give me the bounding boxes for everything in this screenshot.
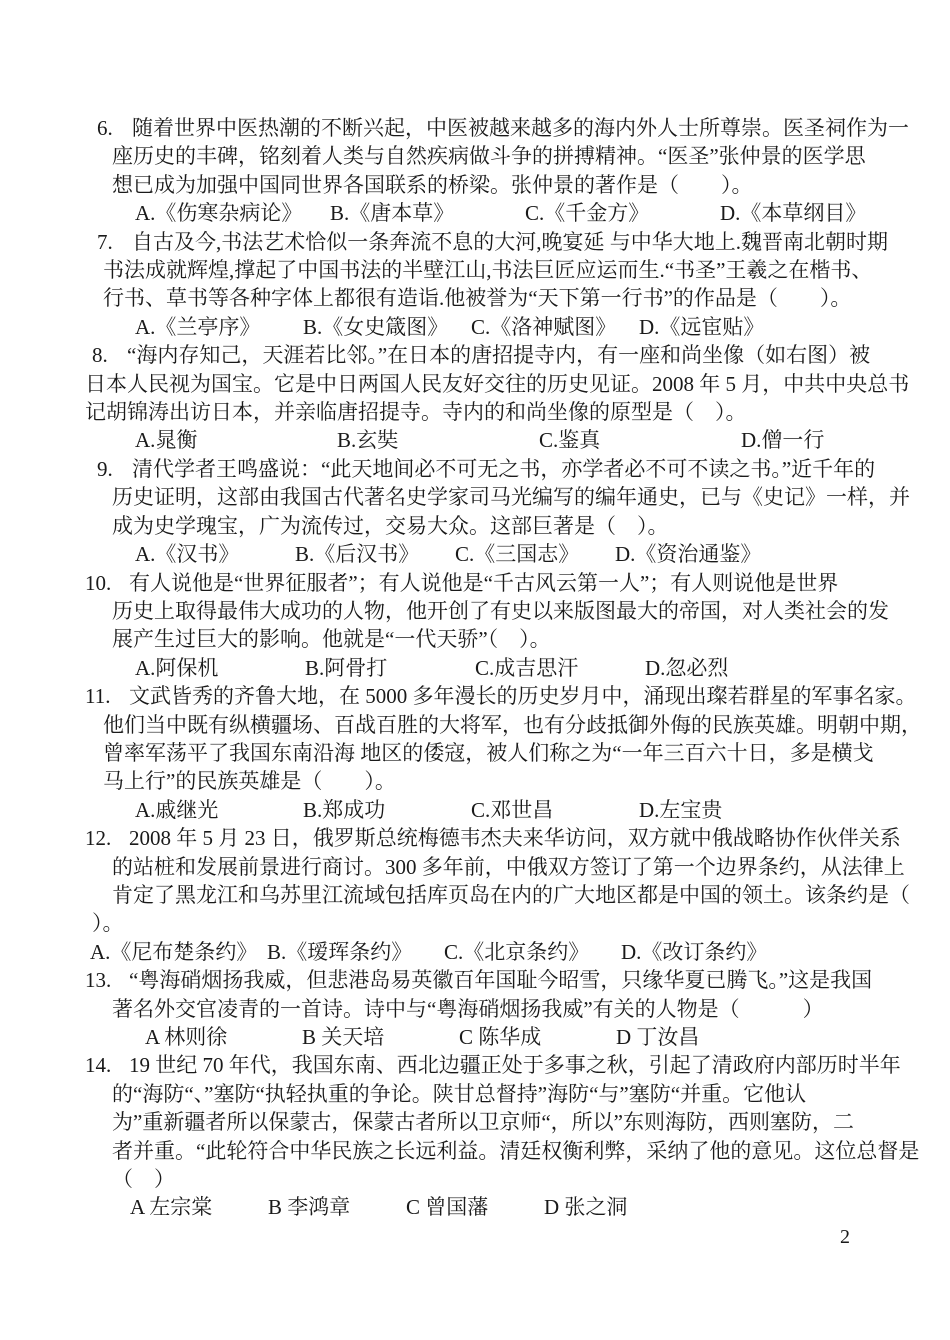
question-12-option-D: D.《改订条约》 bbox=[621, 938, 798, 966]
question-11-option-A: A.戚继光 bbox=[135, 796, 303, 824]
question-14-line-2: 的“海防“、”塞防“执轻执重的争论。陕甘总督持”海防“与”塞防“并重。它他认 bbox=[0, 1080, 950, 1108]
question-11-option-C: C.邓世昌 bbox=[471, 796, 639, 824]
question-7-line-2: 书法成就辉煌,撑起了中国书法的半壁江山,书法巨匠应运而生.“书圣”王羲之在楷书、 bbox=[0, 256, 950, 284]
question-7-line-1: 7.自古及今,书法艺术恰似一条奔流不息的大河,晚宴延 与中华大地上.魏晋南北朝时… bbox=[0, 228, 950, 256]
question-8-option-C: C.鉴真 bbox=[539, 426, 741, 454]
question-6-option-D: D.《本草纲目》 bbox=[720, 199, 915, 227]
question-7-line-3: 行书、草书等各种字体上都很有造诣.他被誉为“天下第一行书”的作品是（ ）。 bbox=[0, 284, 950, 312]
question-10-options: A.阿保机B.阿骨打C.成吉思汗D.忽必烈 bbox=[0, 654, 950, 682]
questions-list: 6.随着世界中医热潮的不断兴起，中医被越来越多的海内外人士所尊崇。医圣祠作为一座… bbox=[0, 0, 950, 1222]
question-8-options: A.晁衡B.玄奘C.鉴真D.僧一行 bbox=[0, 426, 950, 454]
question-10-line-2: 历史上取得最伟大成功的人物，他开创了有史以来版图最大的帝国，对人类社会的发 bbox=[0, 597, 950, 625]
question-12-line-2: 的站桩和发展前景进行商讨。300 多年前，中俄双方签订了第一个边界条约，从法律上 bbox=[0, 853, 950, 881]
question-13-option-B: B 关天培 bbox=[302, 1023, 459, 1051]
question-8-line-1: 8.“海内存知己，天涯若比邻。”在日本的唐招提寺内，有一座和尚坐像（如右图）被 bbox=[0, 341, 950, 369]
question-14-line-3: 为”重新疆者所以保蒙古，保蒙古者所以卫京师“，所以”东则海防，西则塞防，二 bbox=[0, 1108, 950, 1136]
question-12-line-3: 肯定了黑龙江和乌苏里江流域包括库页岛在内的广大地区都是中国的领土。该条约是（ bbox=[0, 881, 950, 909]
question-6-line-2: 座历史的丰碑，铭刻着人类与自然疾病做斗争的拼搏精神。“医圣”张仲景的医学思 bbox=[0, 142, 950, 170]
question-7-text: 自古及今,书法艺术恰似一条奔流不息的大河,晚宴延 与中华大地上.魏晋南北朝时期 bbox=[132, 230, 888, 254]
question-10-line-1: 10.有人说他是“世界征服者”；有人说他是“千古风云第一人”；有人则说他是世界 bbox=[0, 569, 950, 597]
question-8-number: 8. bbox=[92, 341, 127, 369]
question-10-option-C: C.成吉思汗 bbox=[475, 654, 645, 682]
question-10-line-3: 展产生过巨大的影响。他就是“一代天骄”（ ）。 bbox=[0, 625, 950, 653]
page-number: 2 bbox=[840, 1225, 850, 1249]
question-14-line-4: 者并重。“此轮符合中华民族之长远利益。清廷权衡利弊，采纳了他的意见。这位总督是 bbox=[0, 1137, 950, 1165]
question-9-option-C: C.《三国志》 bbox=[455, 540, 615, 568]
question-14-option-D: D 张之洞 bbox=[544, 1193, 682, 1221]
question-10-text: 有人说他是“世界征服者”；有人说他是“千古风云第一人”；有人则说他是世界 bbox=[129, 571, 838, 595]
question-13-text: “粤海硝烟扬我威，但悲港岛易英徽百年国耻今昭雪，只缘华夏已腾飞。”这是我国 bbox=[129, 968, 872, 992]
question-11-number: 11. bbox=[85, 682, 129, 710]
question-11-text: 文武皆秀的齐鲁大地，在 5000 多年漫长的历史岁月中，涌现出璨若群星的军事名家… bbox=[129, 684, 917, 708]
question-10-option-D: D.忽必烈 bbox=[645, 654, 728, 682]
question-7-number: 7. bbox=[97, 228, 132, 256]
question-7-option-A: A.《兰亭序》 bbox=[135, 313, 303, 341]
question-11: 11.文武皆秀的齐鲁大地，在 5000 多年漫长的历史岁月中，涌现出璨若群星的军… bbox=[0, 682, 950, 824]
question-9: 9.清代学者王鸣盛说：“此天地间必不可无之书，亦学者必不可不读之书。”近千年的历… bbox=[0, 455, 950, 569]
question-7-option-D: D.《远宦贴》 bbox=[639, 313, 807, 341]
question-14-options: A 左宗棠B 李鸿章C 曾国藩D 张之洞 bbox=[0, 1193, 950, 1221]
question-12-option-B: B.《瑷珲条约》 bbox=[267, 938, 444, 966]
question-14-line-1: 14.19 世纪 70 年代，我国东南、西北边疆正处于多事之秋，引起了清政府内部… bbox=[0, 1051, 950, 1079]
question-8-option-A: A.晁衡 bbox=[135, 426, 337, 454]
question-6-options: A.《伤寒杂病论》B.《唐本草》C.《千金方》D.《本草纲目》 bbox=[0, 199, 950, 227]
question-10-option-A: A.阿保机 bbox=[135, 654, 305, 682]
question-13-line-2: 著名外交官凌青的一首诗。诗中与“粤海硝烟扬我威”有关的人物是（ ） bbox=[0, 995, 950, 1023]
question-13-option-C: C 陈华成 bbox=[459, 1023, 616, 1051]
exam-page: 6.随着世界中医热潮的不断兴起，中医被越来越多的海内外人士所尊崇。医圣祠作为一座… bbox=[0, 0, 950, 1340]
question-8-line-3: 记胡锦涛出访日本，并亲临唐招提寺。寺内的和尚坐像的原型是（ ）。 bbox=[0, 398, 950, 426]
question-14: 14.19 世纪 70 年代，我国东南、西北边疆正处于多事之秋，引起了清政府内部… bbox=[0, 1051, 950, 1221]
question-12-options: A.《尼布楚条约》B.《瑷珲条约》C.《北京条约》D.《改订条约》 bbox=[0, 938, 950, 966]
question-14-option-C: C 曾国藩 bbox=[406, 1193, 544, 1221]
question-11-line-1: 11.文武皆秀的齐鲁大地，在 5000 多年漫长的历史岁月中，涌现出璨若群星的军… bbox=[0, 682, 950, 710]
question-12-text: 2008 年 5 月 23 日，俄罗斯总统梅德韦杰夫来华访问，双方就中俄战略协作… bbox=[129, 826, 901, 850]
question-13-number: 13. bbox=[85, 966, 129, 994]
question-14-option-B: B 李鸿章 bbox=[268, 1193, 406, 1221]
question-9-text: 清代学者王鸣盛说：“此天地间必不可无之书，亦学者必不可不读之书。”近千年的 bbox=[132, 457, 875, 481]
question-9-option-A: A.《汉书》 bbox=[135, 540, 295, 568]
question-10-number: 10. bbox=[85, 569, 129, 597]
question-9-option-B: B.《后汉书》 bbox=[295, 540, 455, 568]
question-13-option-A: A 林则徐 bbox=[145, 1023, 302, 1051]
question-11-option-D: D.左宝贵 bbox=[639, 796, 807, 824]
question-8-line-2: 日本人民视为国宝。它是中日两国人民友好交往的历史见证。2008 年 5 月，中共… bbox=[0, 370, 950, 398]
question-7-option-B: B.《女史箴图》 bbox=[303, 313, 471, 341]
question-14-option-A: A 左宗棠 bbox=[130, 1193, 268, 1221]
question-8-option-D: D.僧一行 bbox=[741, 426, 943, 454]
question-12: 12.2008 年 5 月 23 日，俄罗斯总统梅德韦杰夫来华访问，双方就中俄战… bbox=[0, 824, 950, 966]
question-13-options: A 林则徐B 关天培C 陈华成D 丁汝昌 bbox=[0, 1023, 950, 1051]
question-12-number: 12. bbox=[85, 824, 129, 852]
question-7-options: A.《兰亭序》B.《女史箴图》C.《洛神赋图》D.《远宦贴》 bbox=[0, 313, 950, 341]
question-9-line-2: 历史证明，这部由我国古代著名史学家司马光编写的编年通史，已与《史记》一样，并 bbox=[0, 483, 950, 511]
question-6-text: 随着世界中医热潮的不断兴起，中医被越来越多的海内外人士所尊崇。医圣祠作为一 bbox=[132, 116, 909, 140]
question-8-text: “海内存知己，天涯若比邻。”在日本的唐招提寺内，有一座和尚坐像（如右图）被 bbox=[127, 343, 870, 367]
question-12-line-1: 12.2008 年 5 月 23 日，俄罗斯总统梅德韦杰夫来华访问，双方就中俄战… bbox=[0, 824, 950, 852]
question-9-line-3: 成为史学瑰宝，广为流传过，交易大众。这部巨著是（ ）。 bbox=[0, 512, 950, 540]
question-9-options: A.《汉书》B.《后汉书》C.《三国志》D.《资治通鉴》 bbox=[0, 540, 950, 568]
question-6-option-B: B.《唐本草》 bbox=[330, 199, 525, 227]
question-9-option-D: D.《资治通鉴》 bbox=[615, 540, 775, 568]
question-6-option-A: A.《伤寒杂病论》 bbox=[135, 199, 330, 227]
question-6-line-3: 想已成为加强中国同世界各国联系的桥梁。张仲景的著作是（ ）。 bbox=[0, 171, 950, 199]
question-10-option-B: B.阿骨打 bbox=[305, 654, 475, 682]
question-7-option-C: C.《洛神赋图》 bbox=[471, 313, 639, 341]
question-11-line-4: 马上行”的民族英雄是（ ）。 bbox=[0, 767, 950, 795]
question-14-number: 14. bbox=[85, 1051, 129, 1079]
question-11-line-3: 曾率军荡平了我国东南沿海 地区的倭寇，被人们称之为“一年三百六十日，多是横戈 bbox=[0, 739, 950, 767]
question-6-number: 6. bbox=[97, 114, 132, 142]
question-13-option-D: D 丁汝昌 bbox=[616, 1023, 773, 1051]
question-10: 10.有人说他是“世界征服者”；有人说他是“千古风云第一人”；有人则说他是世界历… bbox=[0, 569, 950, 683]
question-6-line-1: 6.随着世界中医热潮的不断兴起，中医被越来越多的海内外人士所尊崇。医圣祠作为一 bbox=[0, 114, 950, 142]
question-6-option-C: C.《千金方》 bbox=[525, 199, 720, 227]
question-14-line-5: （ ） bbox=[0, 1165, 950, 1193]
question-13-line-1: 13.“粤海硝烟扬我威，但悲港岛易英徽百年国耻今昭雪，只缘华夏已腾飞。”这是我国 bbox=[0, 966, 950, 994]
question-11-option-B: B.郑成功 bbox=[303, 796, 471, 824]
question-11-line-2: 他们当中既有纵横疆场、百战百胜的大将军，也有分歧抵御外侮的民族英雄。明朝中期， bbox=[0, 711, 950, 739]
question-8: 8.“海内存知己，天涯若比邻。”在日本的唐招提寺内，有一座和尚坐像（如右图）被日… bbox=[0, 341, 950, 455]
question-7: 7.自古及今,书法艺术恰似一条奔流不息的大河,晚宴延 与中华大地上.魏晋南北朝时… bbox=[0, 228, 950, 342]
question-9-number: 9. bbox=[97, 455, 132, 483]
question-12-line-4: ）。 bbox=[0, 909, 950, 937]
question-12-option-C: C.《北京条约》 bbox=[444, 938, 621, 966]
question-14-text: 19 世纪 70 年代，我国东南、西北边疆正处于多事之秋，引起了清政府内部历时半… bbox=[129, 1053, 901, 1077]
question-6: 6.随着世界中医热潮的不断兴起，中医被越来越多的海内外人士所尊崇。医圣祠作为一座… bbox=[0, 114, 950, 228]
question-11-options: A.戚继光B.郑成功C.邓世昌D.左宝贵 bbox=[0, 796, 950, 824]
question-8-option-B: B.玄奘 bbox=[337, 426, 539, 454]
question-13: 13.“粤海硝烟扬我威，但悲港岛易英徽百年国耻今昭雪，只缘华夏已腾飞。”这是我国… bbox=[0, 966, 950, 1051]
question-12-option-A: A.《尼布楚条约》 bbox=[90, 938, 267, 966]
question-9-line-1: 9.清代学者王鸣盛说：“此天地间必不可无之书，亦学者必不可不读之书。”近千年的 bbox=[0, 455, 950, 483]
